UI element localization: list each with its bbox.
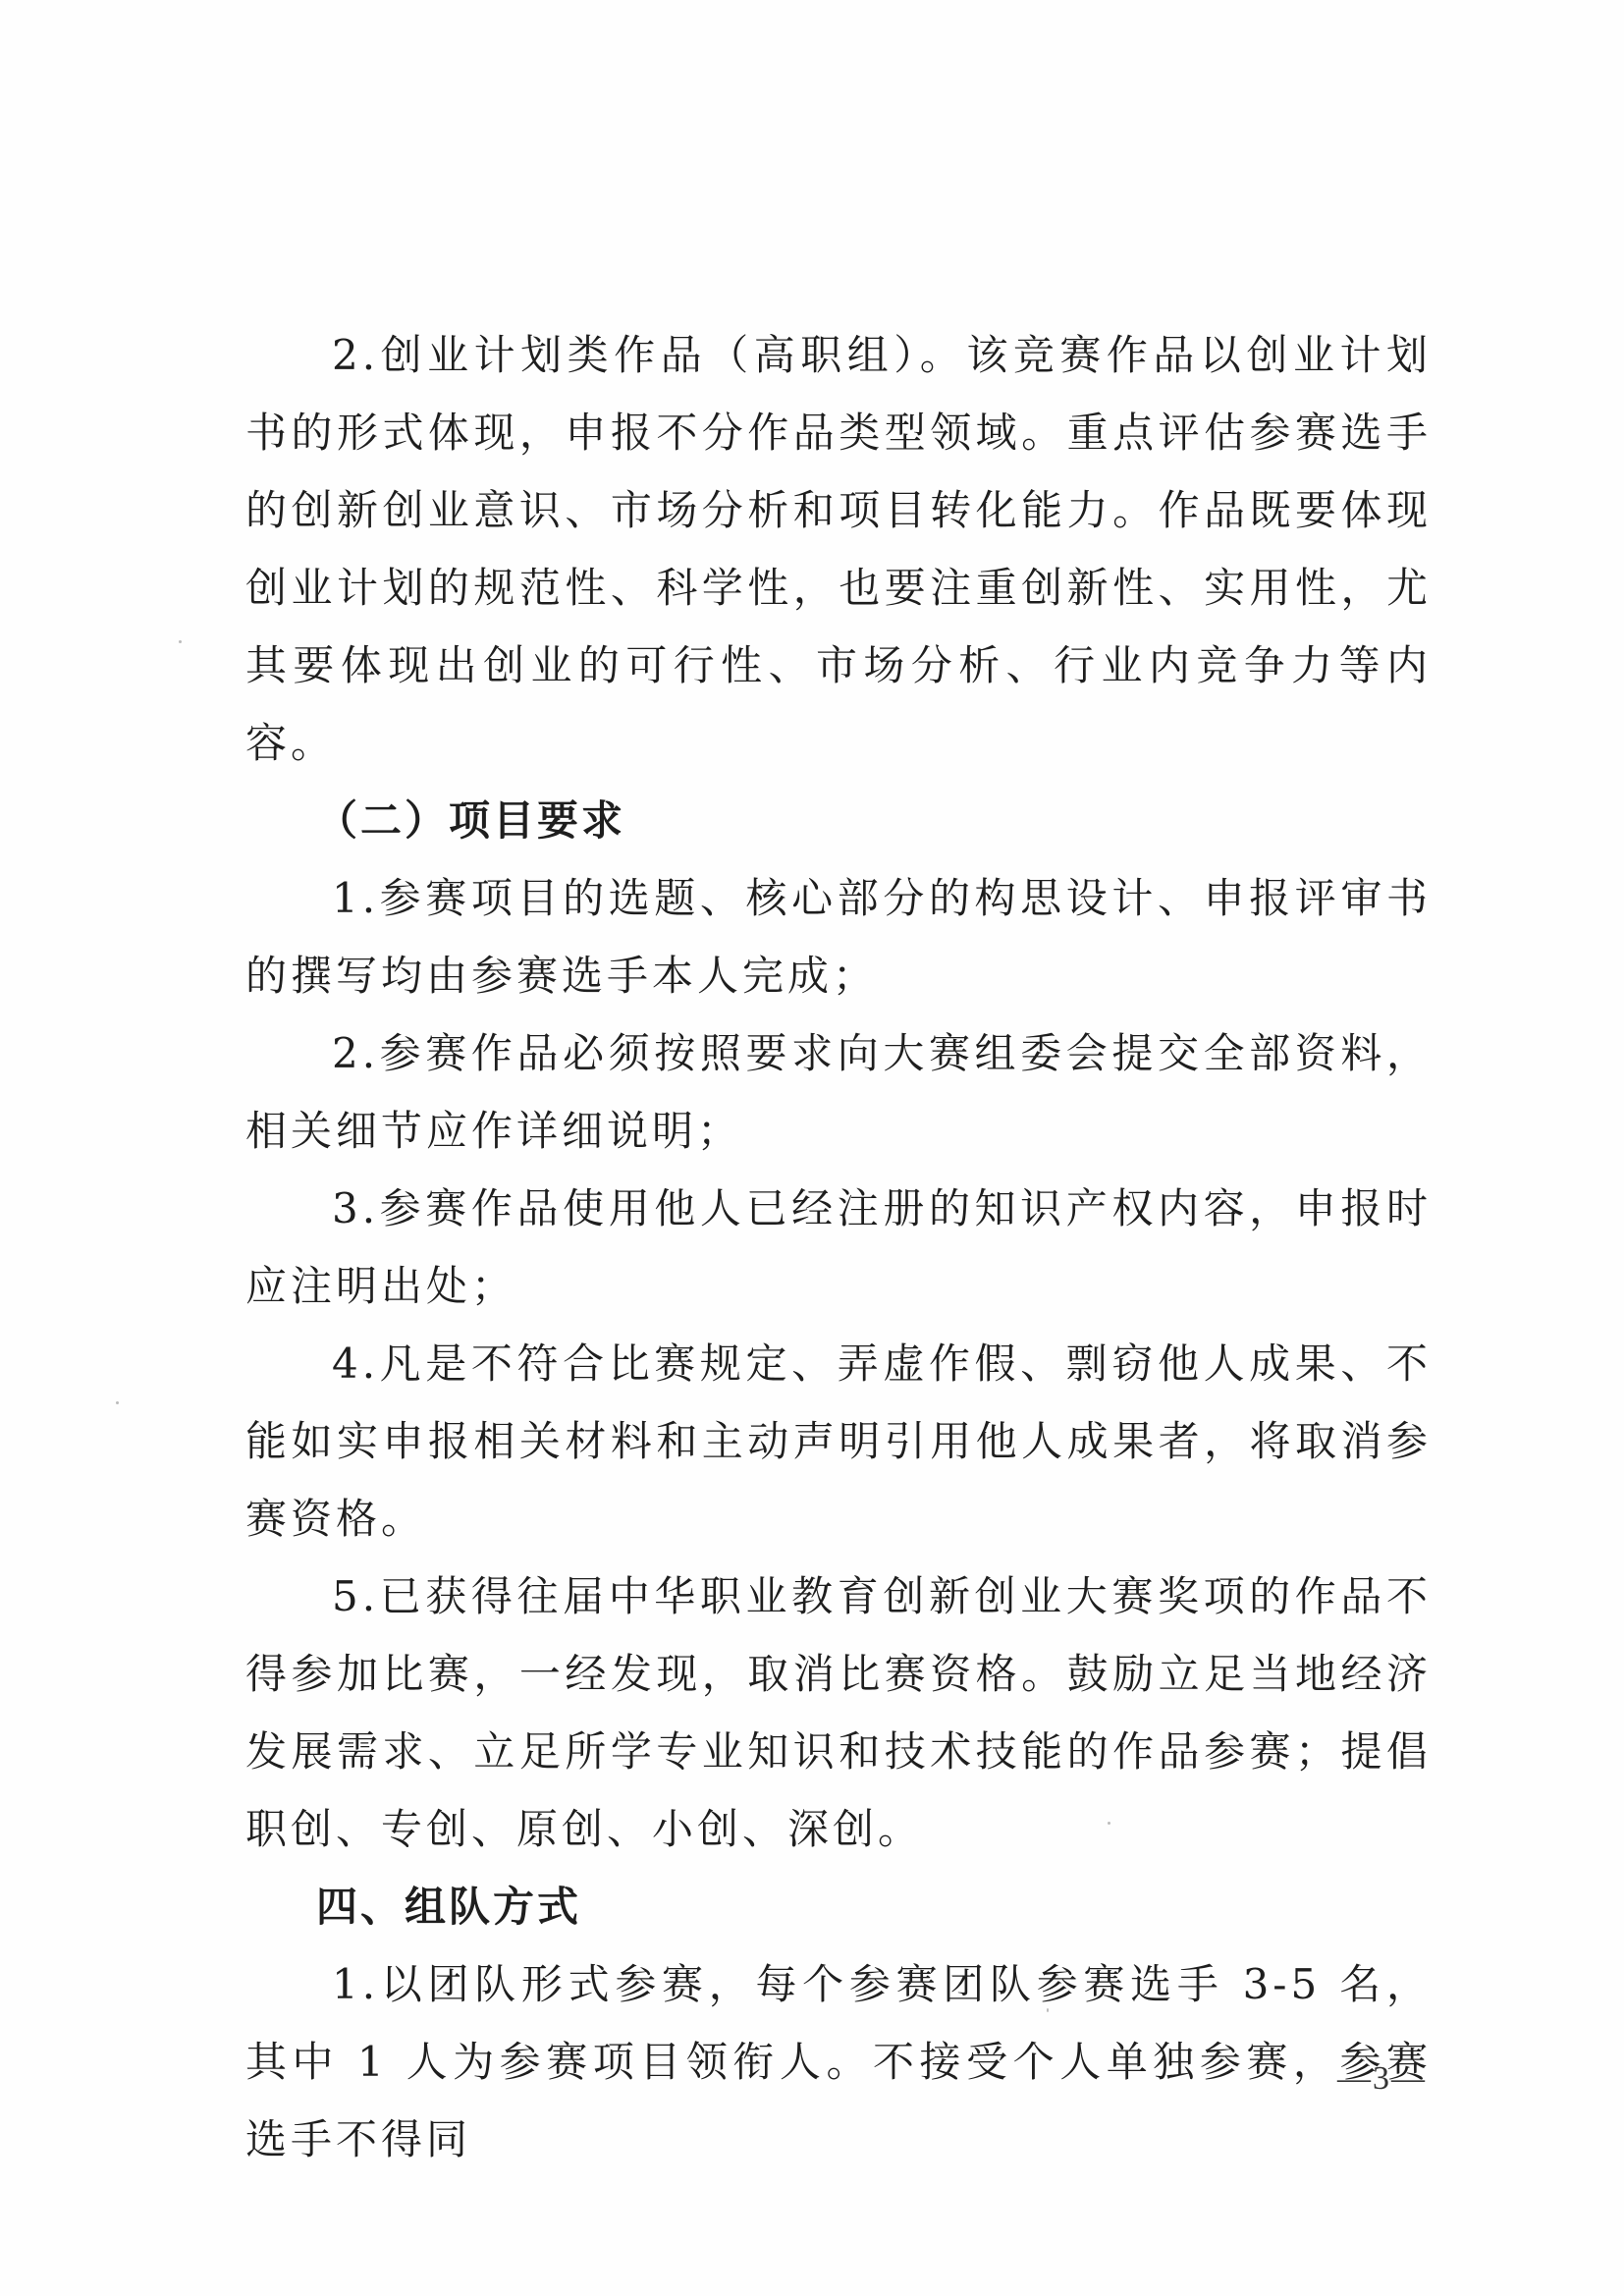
requirement-item-3: 3.参赛作品使用他人已经注册的知识产权内容，申报时应注明出处； [245, 1170, 1432, 1325]
requirement-item-5: 5.已获得往届中华职业教育创新创业大赛奖项的作品不得参加比赛，一经发现，取消比赛… [245, 1558, 1432, 1868]
document-body: 2.创业计划类作品（高职组）。该竞赛作品以创业计划书的形式体现，申报不分作品类型… [245, 316, 1432, 2178]
scan-speck [179, 640, 182, 643]
scan-speck [1108, 1822, 1110, 1825]
scan-speck [1047, 2008, 1049, 2012]
team-formation-item-1: 1.以团队形式参赛，每个参赛团队参赛选手 3-5 名，其中 1 人为参赛项目领衔… [245, 1945, 1432, 2178]
requirement-item-1: 1.参赛项目的选题、核心部分的构思设计、申报评审书的撰写均由参赛选手本人完成； [245, 859, 1432, 1014]
scan-speck [116, 1401, 119, 1404]
document-page: 2.创业计划类作品（高职组）。该竞赛作品以创业计划书的形式体现，申报不分作品类型… [0, 0, 1624, 2296]
paragraph-business-plan-works: 2.创业计划类作品（高职组）。该竞赛作品以创业计划书的形式体现，申报不分作品类型… [245, 316, 1432, 782]
section-heading-project-requirements: （二）项目要求 [245, 782, 1432, 859]
section-heading-team-formation: 四、组队方式 [245, 1868, 1432, 1945]
requirement-item-4: 4.凡是不符合比赛规定、弄虚作假、剽窃他人成果、不能如实申报相关材料和主动声明引… [245, 1325, 1432, 1558]
page-number: —3— [1337, 2060, 1427, 2098]
requirement-item-2: 2.参赛作品必须按照要求向大赛组委会提交全部资料，相关细节应作详细说明； [245, 1014, 1432, 1170]
